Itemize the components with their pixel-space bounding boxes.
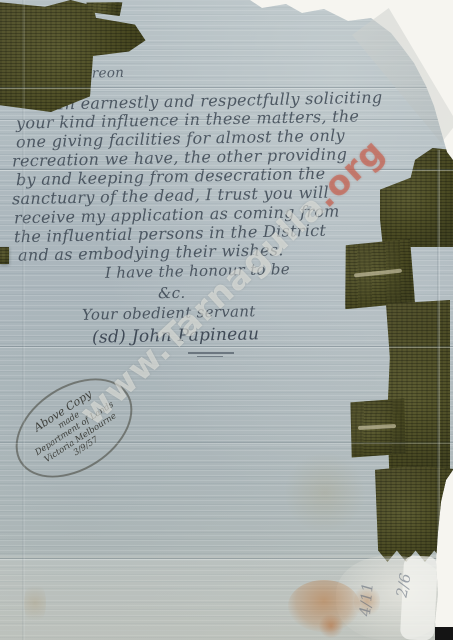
fold-crease bbox=[0, 169, 453, 172]
tape-strip-right bbox=[386, 300, 450, 492]
signature-flourish bbox=[197, 356, 223, 357]
letter-paper: Report Thereon In earnestly and respectf… bbox=[0, 0, 453, 640]
faint-stain bbox=[24, 580, 46, 626]
letter-closing-line: I have the honour to be bbox=[105, 262, 290, 281]
signature-line: (sd) John Papineau bbox=[92, 326, 260, 346]
fold-crease bbox=[0, 442, 453, 445]
letter-closing-line: &c. bbox=[158, 286, 186, 302]
fold-crease-vertical bbox=[437, 150, 440, 560]
tape-patch-right-square bbox=[349, 398, 406, 459]
rust-stain bbox=[318, 614, 344, 638]
faint-stain bbox=[285, 450, 365, 535]
scanned-letter-page: Report Thereon In earnestly and respectf… bbox=[0, 0, 453, 640]
tape-patch-right-upper bbox=[380, 148, 453, 247]
fold-crease bbox=[0, 346, 453, 349]
fold-crease bbox=[0, 119, 453, 122]
tape-tear-slit bbox=[354, 268, 402, 277]
tape-patch-bottom-right bbox=[375, 466, 453, 562]
letter-closing-line: Your obedient servant bbox=[82, 304, 256, 323]
tape-patch-left-edge bbox=[0, 247, 9, 264]
docket-mark: 4/11 bbox=[358, 582, 376, 617]
signature-flourish bbox=[188, 352, 234, 354]
fold-crease bbox=[0, 87, 453, 90]
fold-crease-vertical bbox=[22, 0, 25, 640]
tape-patch-right-middle bbox=[343, 239, 415, 309]
tape-tear-slit bbox=[358, 424, 396, 430]
docket-mark: 2/6 bbox=[395, 572, 414, 598]
scan-edge-corner bbox=[435, 627, 453, 640]
